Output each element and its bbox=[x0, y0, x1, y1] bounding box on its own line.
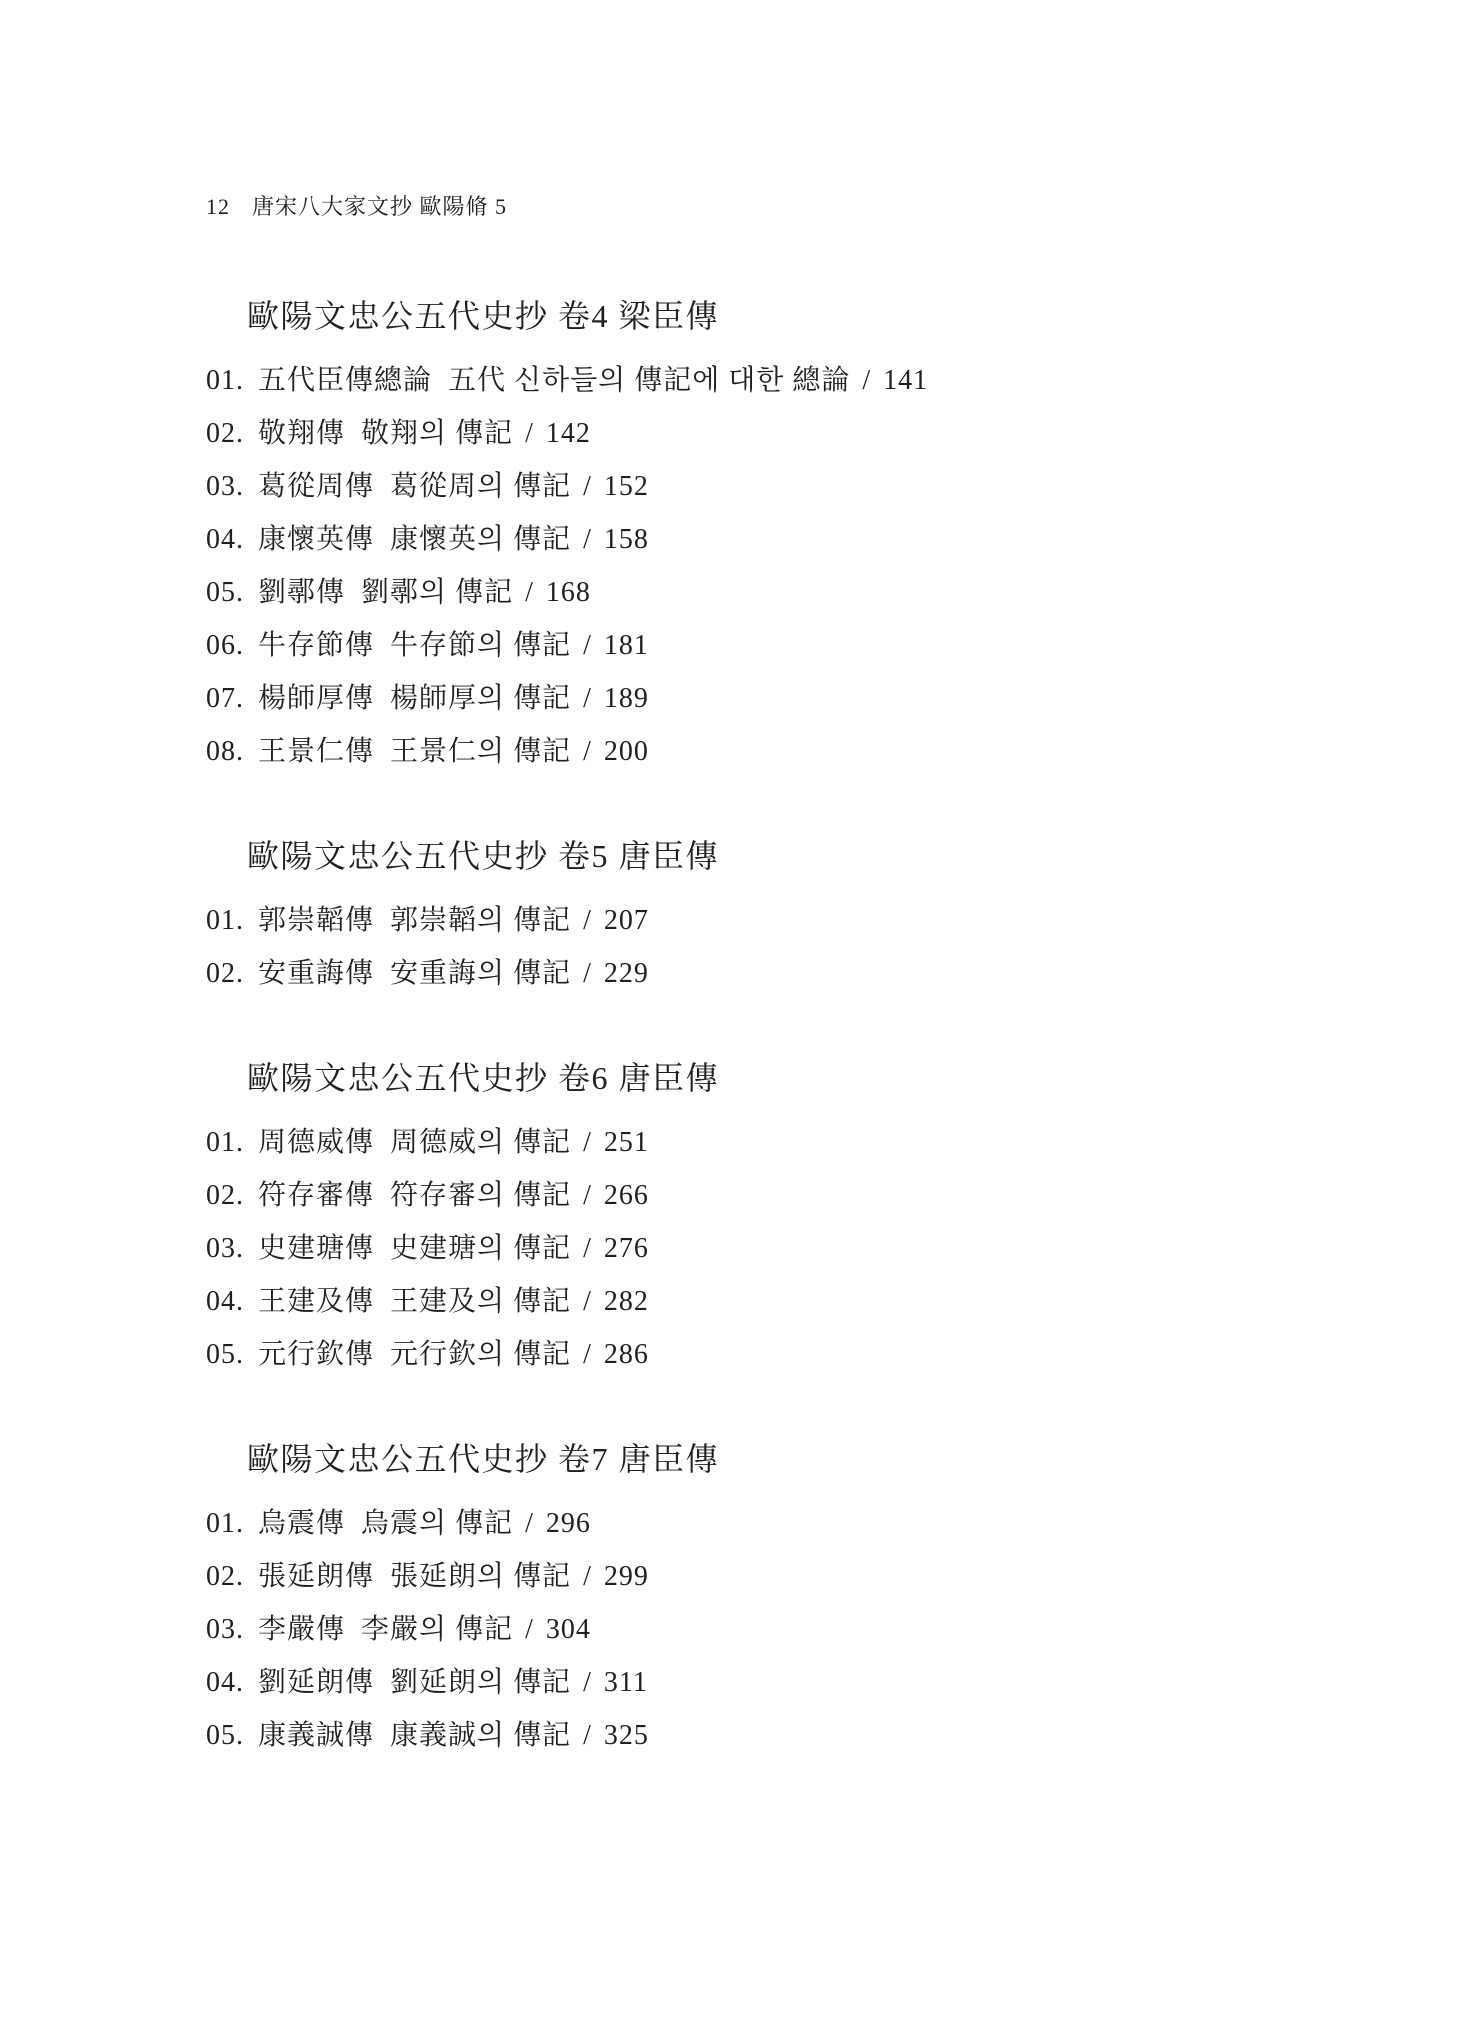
item-title-hanja: 周德威傳 bbox=[258, 1127, 374, 1158]
slash-separator: / bbox=[583, 1127, 592, 1158]
slash-separator: / bbox=[525, 577, 534, 608]
item-desc-korean: 元行欽의 傳記 bbox=[390, 1339, 571, 1370]
toc-item: 04.劉延朗傳劉延朗의 傳記/311 bbox=[0, 1656, 1480, 1709]
item-title-hanja: 牛存節傳 bbox=[258, 630, 374, 661]
item-title-hanja: 五代臣傳總論 bbox=[258, 365, 432, 396]
item-page-number: 207 bbox=[604, 905, 649, 936]
toc-item: 02.符存審傳符存審의 傳記/266 bbox=[0, 1169, 1480, 1222]
toc-item: 04.康懷英傳康懷英의 傳記/158 bbox=[0, 513, 1480, 566]
item-title-hanja: 王建及傳 bbox=[258, 1286, 374, 1317]
item-desc-korean: 康懷英의 傳記 bbox=[390, 524, 571, 555]
item-desc-korean: 康義誠의 傳記 bbox=[390, 1720, 571, 1751]
item-number: 01. bbox=[206, 1508, 244, 1539]
item-desc-korean: 周德威의 傳記 bbox=[390, 1127, 571, 1158]
toc-item: 05.元行欽傳元行欽의 傳記/286 bbox=[0, 1328, 1480, 1381]
section-heading: 歐陽文忠公五代史抄 卷5 唐臣傳 bbox=[0, 836, 1480, 876]
item-number: 01. bbox=[206, 905, 244, 936]
section-items: 01.郭崇韜傳郭崇韜의 傳記/207 02.安重誨傳安重誨의 傳記/229 bbox=[0, 894, 1480, 1000]
item-title-hanja: 葛從周傳 bbox=[258, 471, 374, 502]
item-desc-korean: 敬翔의 傳記 bbox=[361, 418, 513, 449]
slash-separator: / bbox=[583, 1180, 592, 1211]
item-number: 08. bbox=[206, 736, 244, 767]
item-page-number: 158 bbox=[604, 524, 649, 555]
section-heading: 歐陽文忠公五代史抄 卷6 唐臣傳 bbox=[0, 1058, 1480, 1098]
slash-separator: / bbox=[583, 958, 592, 989]
item-number: 03. bbox=[206, 1233, 244, 1264]
slash-separator: / bbox=[525, 1508, 534, 1539]
section-items: 01.周德威傳周德威의 傳記/251 02.符存審傳符存審의 傳記/266 03… bbox=[0, 1116, 1480, 1381]
item-page-number: 142 bbox=[546, 418, 591, 449]
toc-item: 06.牛存節傳牛存節의 傳記/181 bbox=[0, 619, 1480, 672]
item-desc-korean: 楊師厚의 傳記 bbox=[390, 683, 571, 714]
item-page-number: 168 bbox=[546, 577, 591, 608]
toc-section: 歐陽文忠公五代史抄 卷4 梁臣傳 01.五代臣傳總論五代 신하들의 傳記에 대한… bbox=[0, 296, 1480, 778]
item-number: 04. bbox=[206, 1286, 244, 1317]
toc-section: 歐陽文忠公五代史抄 卷6 唐臣傳 01.周德威傳周德威의 傳記/251 02.符… bbox=[0, 1058, 1480, 1381]
item-title-hanja: 李嚴傳 bbox=[258, 1614, 345, 1645]
item-desc-korean: 葛從周의 傳記 bbox=[390, 471, 571, 502]
item-title-hanja: 史建瑭傳 bbox=[258, 1233, 374, 1264]
item-page-number: 325 bbox=[604, 1720, 649, 1751]
section-heading: 歐陽文忠公五代史抄 卷7 唐臣傳 bbox=[0, 1439, 1480, 1479]
slash-separator: / bbox=[583, 471, 592, 502]
toc-item: 07.楊師厚傳楊師厚의 傳記/189 bbox=[0, 672, 1480, 725]
item-desc-korean: 符存審의 傳記 bbox=[390, 1180, 571, 1211]
item-desc-korean: 牛存節의 傳記 bbox=[390, 630, 571, 661]
item-page-number: 181 bbox=[604, 630, 649, 661]
item-number: 05. bbox=[206, 1720, 244, 1751]
item-title-hanja: 元行欽傳 bbox=[258, 1339, 374, 1370]
slash-separator: / bbox=[583, 1561, 592, 1592]
item-number: 05. bbox=[206, 1339, 244, 1370]
item-number: 02. bbox=[206, 1180, 244, 1211]
toc-item: 05.康義誠傳康義誠의 傳記/325 bbox=[0, 1709, 1480, 1762]
item-desc-korean: 安重誨의 傳記 bbox=[390, 958, 571, 989]
item-page-number: 229 bbox=[604, 958, 649, 989]
toc-item: 02.敬翔傳敬翔의 傳記/142 bbox=[0, 407, 1480, 460]
item-title-hanja: 劉延朗傳 bbox=[258, 1667, 374, 1698]
slash-separator: / bbox=[583, 524, 592, 555]
slash-separator: / bbox=[583, 905, 592, 936]
toc-item: 01.周德威傳周德威의 傳記/251 bbox=[0, 1116, 1480, 1169]
item-page-number: 286 bbox=[604, 1339, 649, 1370]
item-desc-korean: 李嚴의 傳記 bbox=[361, 1614, 513, 1645]
item-number: 01. bbox=[206, 1127, 244, 1158]
item-desc-korean: 劉鄩의 傳記 bbox=[361, 577, 513, 608]
toc-item: 02.張延朗傳張延朗의 傳記/299 bbox=[0, 1550, 1480, 1603]
item-page-number: 304 bbox=[546, 1614, 591, 1645]
item-desc-korean: 史建瑭의 傳記 bbox=[390, 1233, 571, 1264]
slash-separator: / bbox=[583, 1667, 592, 1698]
item-number: 06. bbox=[206, 630, 244, 661]
item-number: 05. bbox=[206, 577, 244, 608]
toc-item: 01.郭崇韜傳郭崇韜의 傳記/207 bbox=[0, 894, 1480, 947]
item-title-hanja: 符存審傳 bbox=[258, 1180, 374, 1211]
item-title-hanja: 張延朗傳 bbox=[258, 1561, 374, 1592]
toc-item: 01.烏震傳烏震의 傳記/296 bbox=[0, 1497, 1480, 1550]
slash-separator: / bbox=[583, 1339, 592, 1370]
section-items: 01.五代臣傳總論五代 신하들의 傳記에 대한 總論/141 02.敬翔傳敬翔의… bbox=[0, 354, 1480, 778]
toc-item: 05.劉鄩傳劉鄩의 傳記/168 bbox=[0, 566, 1480, 619]
document-page: 12唐宋八大家文抄 歐陽脩 5 歐陽文忠公五代史抄 卷4 梁臣傳 01.五代臣傳… bbox=[0, 0, 1480, 2024]
item-number: 02. bbox=[206, 418, 244, 449]
page-number: 12 bbox=[206, 194, 230, 219]
toc-item: 08.王景仁傳王景仁의 傳記/200 bbox=[0, 725, 1480, 778]
item-page-number: 200 bbox=[604, 736, 649, 767]
section-items: 01.烏震傳烏震의 傳記/296 02.張延朗傳張延朗의 傳記/299 03.李… bbox=[0, 1497, 1480, 1762]
toc-section: 歐陽文忠公五代史抄 卷5 唐臣傳 01.郭崇韜傳郭崇韜의 傳記/207 02.安… bbox=[0, 836, 1480, 1000]
toc-item: 03.李嚴傳李嚴의 傳記/304 bbox=[0, 1603, 1480, 1656]
item-title-hanja: 康義誠傳 bbox=[258, 1720, 374, 1751]
item-number: 03. bbox=[206, 1614, 244, 1645]
item-page-number: 141 bbox=[883, 365, 928, 396]
item-desc-korean: 五代 신하들의 傳記에 대한 總論 bbox=[448, 365, 850, 396]
item-number: 04. bbox=[206, 524, 244, 555]
item-title-hanja: 康懷英傳 bbox=[258, 524, 374, 555]
item-page-number: 189 bbox=[604, 683, 649, 714]
item-page-number: 266 bbox=[604, 1180, 649, 1211]
slash-separator: / bbox=[583, 630, 592, 661]
item-desc-korean: 王景仁의 傳記 bbox=[390, 736, 571, 767]
item-title-hanja: 王景仁傳 bbox=[258, 736, 374, 767]
toc-item: 01.五代臣傳總論五代 신하들의 傳記에 대한 總論/141 bbox=[0, 354, 1480, 407]
toc-item: 02.安重誨傳安重誨의 傳記/229 bbox=[0, 947, 1480, 1000]
slash-separator: / bbox=[525, 1614, 534, 1645]
book-title: 唐宋八大家文抄 歐陽脩 5 bbox=[252, 194, 507, 219]
section-heading: 歐陽文忠公五代史抄 卷4 梁臣傳 bbox=[0, 296, 1480, 336]
item-title-hanja: 劉鄩傳 bbox=[258, 577, 345, 608]
item-page-number: 299 bbox=[604, 1561, 649, 1592]
item-desc-korean: 張延朗의 傳記 bbox=[390, 1561, 571, 1592]
slash-separator: / bbox=[525, 418, 534, 449]
item-number: 03. bbox=[206, 471, 244, 502]
toc-section: 歐陽文忠公五代史抄 卷7 唐臣傳 01.烏震傳烏震의 傳記/296 02.張延朗… bbox=[0, 1439, 1480, 1762]
item-page-number: 276 bbox=[604, 1233, 649, 1264]
slash-separator: / bbox=[583, 1233, 592, 1264]
item-title-hanja: 郭崇韜傳 bbox=[258, 905, 374, 936]
item-title-hanja: 烏震傳 bbox=[258, 1508, 345, 1539]
toc-item: 04.王建及傳王建及의 傳記/282 bbox=[0, 1275, 1480, 1328]
item-page-number: 296 bbox=[546, 1508, 591, 1539]
toc-item: 03.史建瑭傳史建瑭의 傳記/276 bbox=[0, 1222, 1480, 1275]
item-page-number: 152 bbox=[604, 471, 649, 502]
item-page-number: 311 bbox=[604, 1667, 648, 1698]
item-number: 02. bbox=[206, 1561, 244, 1592]
slash-separator: / bbox=[862, 365, 871, 396]
item-number: 01. bbox=[206, 365, 244, 396]
toc-item: 03.葛從周傳葛從周의 傳記/152 bbox=[0, 460, 1480, 513]
item-number: 07. bbox=[206, 683, 244, 714]
slash-separator: / bbox=[583, 736, 592, 767]
slash-separator: / bbox=[583, 1286, 592, 1317]
slash-separator: / bbox=[583, 1720, 592, 1751]
item-page-number: 251 bbox=[604, 1127, 649, 1158]
item-desc-korean: 劉延朗의 傳記 bbox=[390, 1667, 571, 1698]
item-title-hanja: 安重誨傳 bbox=[258, 958, 374, 989]
item-desc-korean: 郭崇韜의 傳記 bbox=[390, 905, 571, 936]
item-desc-korean: 烏震의 傳記 bbox=[361, 1508, 513, 1539]
item-page-number: 282 bbox=[604, 1286, 649, 1317]
item-number: 04. bbox=[206, 1667, 244, 1698]
slash-separator: / bbox=[583, 683, 592, 714]
page-header: 12唐宋八大家文抄 歐陽脩 5 bbox=[0, 192, 1480, 222]
item-desc-korean: 王建及의 傳記 bbox=[390, 1286, 571, 1317]
toc-sections: 歐陽文忠公五代史抄 卷4 梁臣傳 01.五代臣傳總論五代 신하들의 傳記에 대한… bbox=[0, 296, 1480, 1762]
item-title-hanja: 楊師厚傳 bbox=[258, 683, 374, 714]
item-number: 02. bbox=[206, 958, 244, 989]
item-title-hanja: 敬翔傳 bbox=[258, 418, 345, 449]
